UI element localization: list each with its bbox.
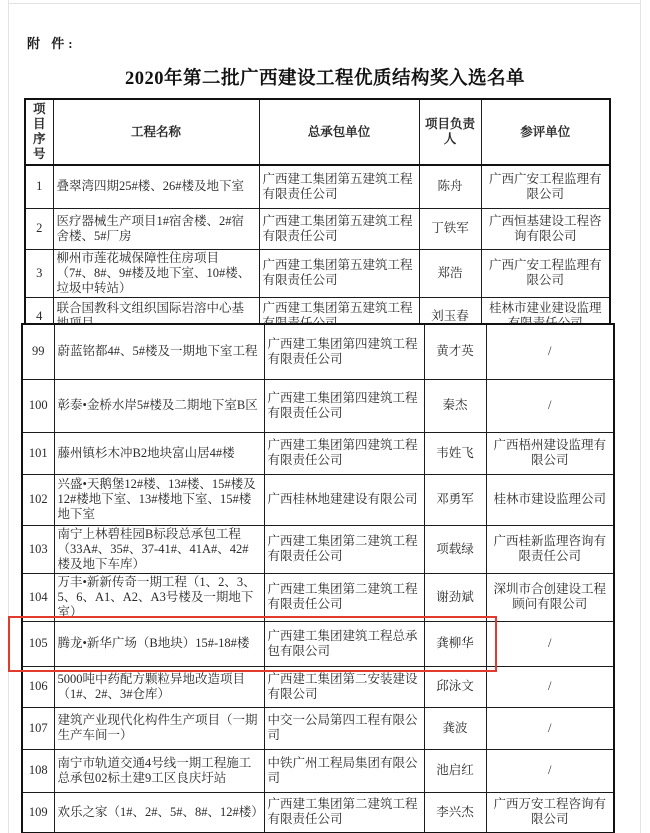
page-edge-top bbox=[8, 3, 641, 4]
cell-project-no: 99 bbox=[22, 324, 54, 379]
cell-project-name: 医疗器械生产项目1#宿舍楼、2#宿舍楼、5#厂房 bbox=[53, 208, 259, 249]
cell-contractor: 广西建工集团第四建筑工程有限责任公司 bbox=[264, 379, 424, 432]
cell-contractor: 广西建工集团第二建筑工程有限责任公司 bbox=[264, 573, 424, 621]
cell-contractor: 广西建工集团第五建筑工程有限责任公司 bbox=[259, 249, 419, 297]
cell-person: 谢劲斌 bbox=[424, 573, 486, 621]
col-header-person: 项目负责人 bbox=[419, 99, 481, 165]
cell-person: 池启红 bbox=[424, 749, 486, 792]
cell-unit: / bbox=[486, 749, 614, 792]
cell-unit: 广西广安工程监理有限公司 bbox=[481, 249, 610, 297]
cell-person: 李兴杰 bbox=[424, 792, 486, 833]
cell-project-no: 3 bbox=[25, 249, 53, 297]
table-row: 107建筑产业现代化构件生产项目（一期生产车间一）中交一公局第四工程有限公司龚波… bbox=[22, 707, 614, 749]
cell-contractor: 中铁广州工程局集团有限公司 bbox=[264, 749, 424, 792]
page-edge-left bbox=[8, 0, 9, 833]
cell-project-name: 叠翠湾四期25#楼、26#楼及地下室 bbox=[53, 165, 259, 208]
cell-project-no: 106 bbox=[22, 666, 54, 707]
cell-project-name: 建筑产业现代化构件生产项目（一期生产车间一） bbox=[54, 707, 264, 749]
cell-unit: 广西桂新监理咨询有限责任公司 bbox=[486, 525, 614, 573]
cell-person: 龚柳华 bbox=[424, 621, 486, 666]
cell-project-name: 南宁上林碧桂园B标段总承包工程（33A#、35#、37-41#、41A#、42#… bbox=[54, 525, 264, 573]
cell-unit: / bbox=[486, 707, 614, 749]
cell-project-no: 100 bbox=[22, 379, 54, 432]
cell-project-name: 柳州市莲花城保障性住房项目（7#、8#、9#楼及地下室、10#楼、垃圾中转站） bbox=[53, 249, 259, 297]
cell-contractor: 广西桂林地建建设有限公司 bbox=[264, 474, 424, 525]
cell-contractor: 广西建工集团第五建筑工程有限责任公司 bbox=[259, 165, 419, 208]
cell-unit: 深圳市合创建设工程顾问有限公司 bbox=[486, 573, 614, 621]
cell-person: 黄才英 bbox=[424, 324, 486, 379]
cell-unit: 广西梧州建设监理有限公司 bbox=[486, 432, 614, 474]
table-header-row: 项目序号 工程名称 总承包单位 项目负责人 参评单位 bbox=[25, 99, 610, 165]
cell-person: 邓勇军 bbox=[424, 474, 486, 525]
cell-contractor: 广西建工集团第四建筑工程有限责任公司 bbox=[264, 432, 424, 474]
cell-contractor: 广西建工集团建筑工程总承包有限公司 bbox=[264, 621, 424, 666]
cell-project-no: 103 bbox=[22, 525, 54, 573]
cell-person: 陈舟 bbox=[419, 165, 481, 208]
cell-project-no: 109 bbox=[22, 792, 54, 833]
cell-project-name: 彰泰•金桥水岸5#楼及二期地下室B区 bbox=[54, 379, 264, 432]
page-edge-right bbox=[640, 0, 641, 833]
cell-contractor: 广西建工集团第二安装建设有限公司 bbox=[264, 666, 424, 707]
cell-project-no: 1 bbox=[25, 165, 53, 208]
table-row: 108南宁市轨道交通4号线一期工程施工总承包02标土建9工区良庆圩站中铁广州工程… bbox=[22, 749, 614, 792]
col-header-contractor: 总承包单位 bbox=[259, 99, 419, 165]
cell-unit: 广西万安工程咨询有限公司 bbox=[486, 792, 614, 833]
cell-project-no: 104 bbox=[22, 573, 54, 621]
cell-project-no: 102 bbox=[22, 474, 54, 525]
table-row: 1叠翠湾四期25#楼、26#楼及地下室广西建工集团第五建筑工程有限责任公司陈舟广… bbox=[25, 165, 610, 208]
cell-person: 龚波 bbox=[424, 707, 486, 749]
award-table-section-1: 项目序号 工程名称 总承包单位 项目负责人 参评单位 1叠翠湾四期25#楼、26… bbox=[24, 98, 611, 337]
cell-project-no: 105 bbox=[22, 621, 54, 666]
cell-unit: / bbox=[486, 379, 614, 432]
cell-unit: / bbox=[486, 621, 614, 666]
cell-project-name: 藤州镇杉木冲B2地块富山居4#楼 bbox=[54, 432, 264, 474]
page-title: 2020年第二批广西建设工程优质结构奖入选名单 bbox=[0, 64, 650, 90]
cell-person: 邱泳文 bbox=[424, 666, 486, 707]
cell-person: 秦杰 bbox=[424, 379, 486, 432]
cell-project-name: 蔚蓝铭都4#、5#楼及一期地下室工程 bbox=[54, 324, 264, 379]
table-row: 103南宁上林碧桂园B标段总承包工程（33A#、35#、37-41#、41A#、… bbox=[22, 525, 614, 573]
cell-project-name: 万丰•新新传奇一期工程（1、2、3、5、6、A1、A2、A3号楼及一期地下室） bbox=[54, 573, 264, 621]
cell-contractor: 广西建工集团第五建筑工程有限责任公司 bbox=[259, 208, 419, 249]
col-header-project-name: 工程名称 bbox=[53, 99, 259, 165]
table-row: 1065000吨中药配方颗粒异地改造项目（1#、2#、3#仓库）广西建工集团第二… bbox=[22, 666, 614, 707]
cell-project-no: 108 bbox=[22, 749, 54, 792]
cell-unit: / bbox=[486, 666, 614, 707]
cell-project-name: 南宁市轨道交通4号线一期工程施工总承包02标土建9工区良庆圩站 bbox=[54, 749, 264, 792]
cell-person: 丁铁军 bbox=[419, 208, 481, 249]
cell-person: 项载绿 bbox=[424, 525, 486, 573]
cell-unit: 广西广安工程监理有限公司 bbox=[481, 165, 610, 208]
table-row: 3柳州市莲花城保障性住房项目（7#、8#、9#楼及地下室、10#楼、垃圾中转站）… bbox=[25, 249, 610, 297]
cell-project-name: 腾龙•新华广场（B地块）15#-18#楼 bbox=[54, 621, 264, 666]
cell-person: 郑浩 bbox=[419, 249, 481, 297]
table-row: 2医疗器械生产项目1#宿舍楼、2#宿舍楼、5#厂房广西建工集团第五建筑工程有限责… bbox=[25, 208, 610, 249]
cell-project-name: 兴盛•天鹅堡12#楼、13#楼、15#楼及12#楼地下室、13#楼地下室、15#… bbox=[54, 474, 264, 525]
cell-unit: 广西恒基建设工程咨询有限公司 bbox=[481, 208, 610, 249]
col-header-project-no: 项目序号 bbox=[25, 99, 53, 165]
cell-unit: 桂林市建设监理公司 bbox=[486, 474, 614, 525]
table-row: 102兴盛•天鹅堡12#楼、13#楼、15#楼及12#楼地下室、13#楼地下室、… bbox=[22, 474, 614, 525]
cell-contractor: 中交一公局第四工程有限公司 bbox=[264, 707, 424, 749]
table-row: 100彰泰•金桥水岸5#楼及二期地下室B区广西建工集团第四建筑工程有限责任公司秦… bbox=[22, 379, 614, 432]
table-row: 104万丰•新新传奇一期工程（1、2、3、5、6、A1、A2、A3号楼及一期地下… bbox=[22, 573, 614, 621]
attachment-label: 附 件: bbox=[27, 33, 77, 52]
cell-contractor: 广西建工集团第二建筑工程有限责任公司 bbox=[264, 792, 424, 833]
cell-project-no: 101 bbox=[22, 432, 54, 474]
cell-project-name: 欢乐之家（1#、2#、5#、8#、12#楼） bbox=[54, 792, 264, 833]
cell-project-no: 2 bbox=[25, 208, 53, 249]
cell-unit: / bbox=[486, 324, 614, 379]
cell-contractor: 广西建工集团第二建筑工程有限责任公司 bbox=[264, 525, 424, 573]
table-row: 99蔚蓝铭都4#、5#楼及一期地下室工程广西建工集团第四建筑工程有限责任公司黄才… bbox=[22, 324, 614, 379]
col-header-unit: 参评单位 bbox=[481, 99, 610, 165]
table-row: 109欢乐之家（1#、2#、5#、8#、12#楼）广西建工集团第二建筑工程有限责… bbox=[22, 792, 614, 833]
cell-project-no: 107 bbox=[22, 707, 54, 749]
cell-contractor: 广西建工集团第四建筑工程有限责任公司 bbox=[264, 324, 424, 379]
document-page: 附 件: 2020年第二批广西建设工程优质结构奖入选名单 项目序号 工程名称 总… bbox=[0, 0, 650, 833]
cell-project-name: 5000吨中药配方颗粒异地改造项目（1#、2#、3#仓库） bbox=[54, 666, 264, 707]
table-row: 101藤州镇杉木冲B2地块富山居4#楼广西建工集团第四建筑工程有限责任公司韦姓飞… bbox=[22, 432, 614, 474]
cell-person: 韦姓飞 bbox=[424, 432, 486, 474]
award-table-section-2: 99蔚蓝铭都4#、5#楼及一期地下室工程广西建工集团第四建筑工程有限责任公司黄才… bbox=[21, 323, 615, 833]
table-row: 105腾龙•新华广场（B地块）15#-18#楼广西建工集团建筑工程总承包有限公司… bbox=[22, 621, 614, 666]
